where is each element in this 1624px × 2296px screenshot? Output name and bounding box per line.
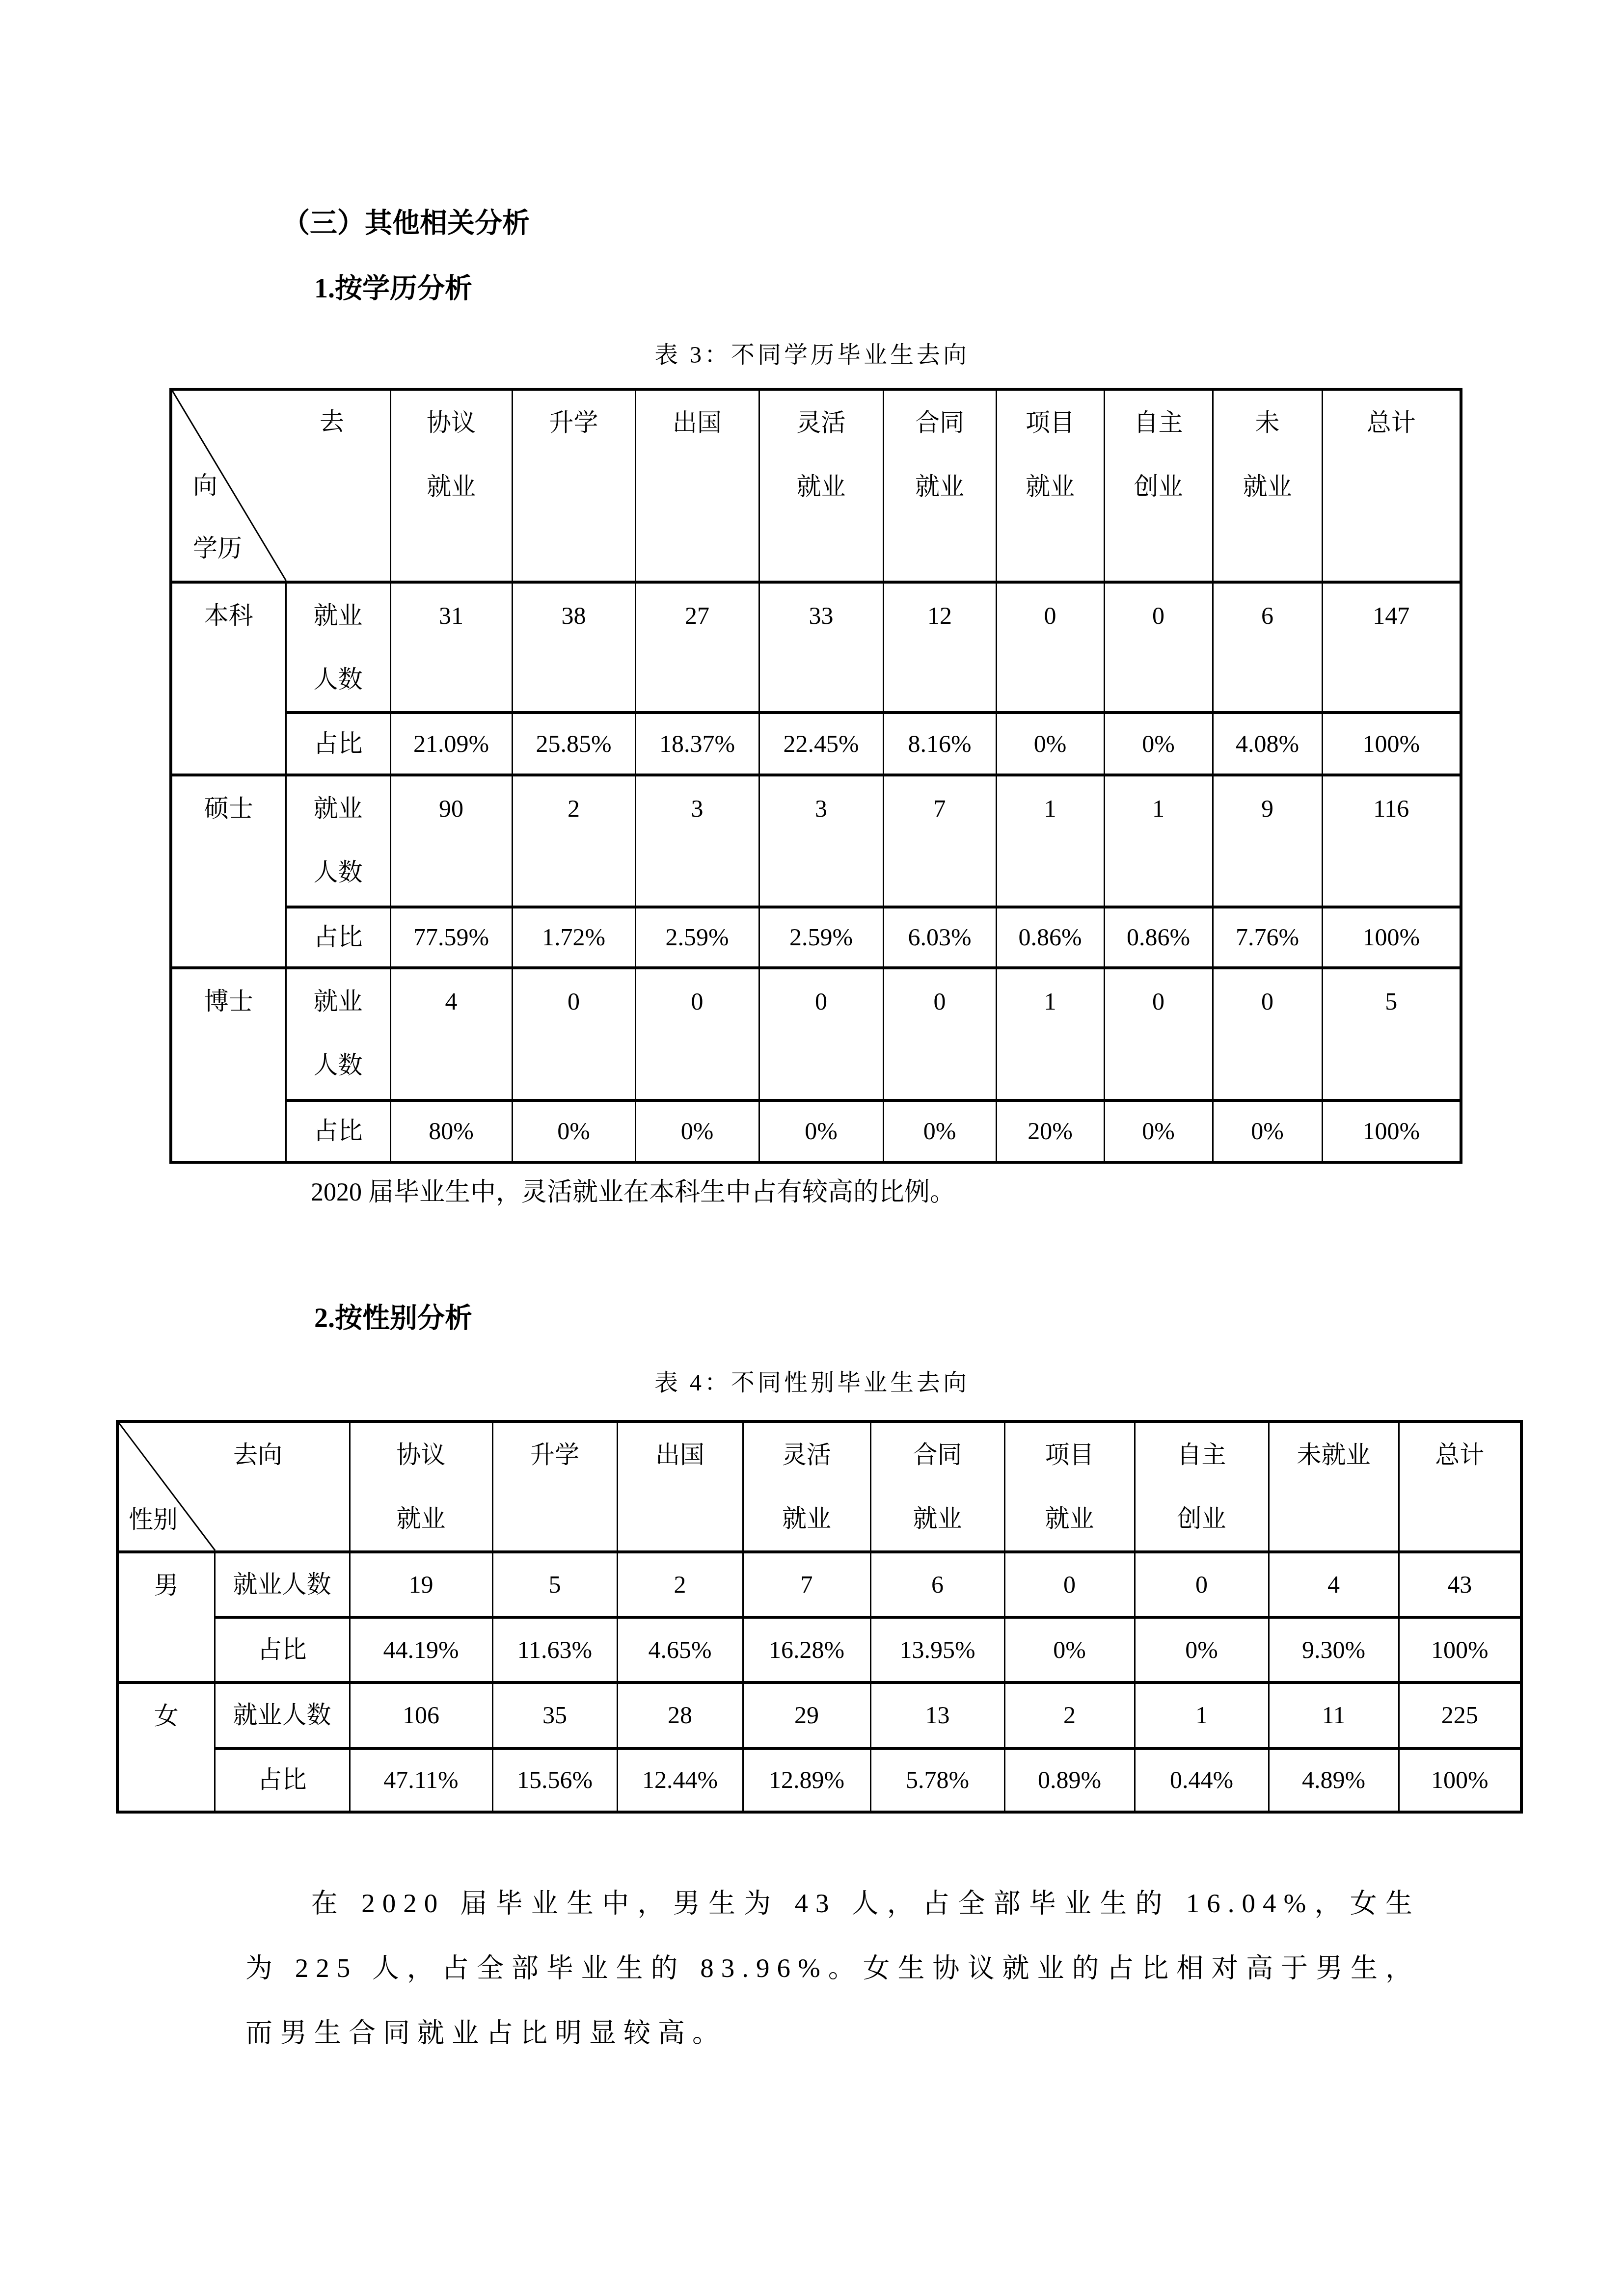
ratio-cell: 12.89%	[743, 1748, 870, 1812]
ratio-cell: 100%	[1399, 1617, 1521, 1682]
count-cell: 0	[883, 968, 996, 1100]
corner-col-axis-label: 去向	[233, 1442, 282, 1467]
ratio-cell: 100%	[1399, 1748, 1521, 1812]
count-cell: 90	[390, 775, 512, 907]
count-cell: 0	[1104, 968, 1213, 1100]
table-row: 占比 21.09% 25.85% 18.37% 22.45% 8.16% 0% …	[171, 713, 1461, 775]
row-label-male: 男	[117, 1552, 215, 1682]
column-header: 合同就业	[870, 1421, 1004, 1552]
count-cell: 1	[1104, 775, 1213, 907]
ratio-cell: 0%	[1213, 1100, 1322, 1162]
column-header: 灵活就业	[759, 389, 883, 582]
metric-label: 占比	[286, 713, 390, 775]
column-header-text: 协议	[391, 391, 512, 454]
column-header-text: 升学	[513, 391, 635, 454]
ratio-cell: 0%	[759, 1100, 883, 1162]
column-header-text: 项目	[1005, 1423, 1134, 1487]
count-cell: 29	[743, 1682, 870, 1748]
row-label-undergraduate: 本科	[171, 582, 286, 775]
column-header-text: 出国	[636, 391, 758, 454]
metric-label: 占比	[215, 1617, 350, 1682]
corner-col-axis-label: 向	[193, 473, 217, 498]
ratio-cell: 20%	[996, 1100, 1104, 1162]
column-header-text: 自主	[1105, 391, 1212, 454]
ratio-cell: 0.86%	[1104, 907, 1213, 968]
metric-label-text: 人数	[287, 840, 390, 904]
count-cell: 116	[1322, 775, 1461, 907]
count-cell: 4	[1269, 1552, 1399, 1617]
closing-paragraph: 在 2020 届毕业生中，男生为 43 人，占全部毕业生的 16.04%，女生为…	[245, 1871, 1420, 2065]
ratio-cell: 44.19%	[350, 1617, 492, 1682]
count-cell: 27	[635, 582, 759, 713]
table-row: 女 就业人数 106 35 28 29 13 2 1 11 225	[117, 1682, 1521, 1748]
ratio-cell: 100%	[1322, 713, 1461, 775]
ratio-cell: 15.56%	[492, 1748, 617, 1812]
table-degree-destination: 去 向 学历 协议就业 升学 出国 灵活就业 合同就业 项目就业 自主创业 未就…	[169, 388, 1462, 1164]
count-cell: 0	[1213, 968, 1322, 1100]
ratio-cell: 2.59%	[635, 907, 759, 968]
count-cell: 13	[870, 1682, 1004, 1748]
column-header-text: 就业	[884, 454, 996, 518]
count-cell: 0	[635, 968, 759, 1100]
ratio-cell: 77.59%	[390, 907, 512, 968]
ratio-cell: 11.63%	[492, 1617, 617, 1682]
column-header: 未就业	[1213, 389, 1322, 582]
ratio-cell: 0%	[512, 1100, 635, 1162]
table-row: 占比 44.19% 11.63% 4.65% 16.28% 13.95% 0% …	[117, 1617, 1521, 1682]
section-heading: （三）其他相关分析	[282, 209, 530, 239]
table-row: 本科 就业人数 31 38 27 33 12 0 0 6 147	[171, 582, 1461, 713]
metric-label: 占比	[286, 907, 390, 968]
table-row: 占比 80% 0% 0% 0% 0% 20% 0% 0% 100%	[171, 1100, 1461, 1162]
count-cell: 1	[996, 775, 1104, 907]
ratio-cell: 2.59%	[759, 907, 883, 968]
count-cell: 6	[1213, 582, 1322, 713]
count-cell: 38	[512, 582, 635, 713]
corner-row-axis-label: 学历	[193, 536, 242, 561]
count-cell: 2	[617, 1552, 743, 1617]
subsection-heading-by-gender: 2.按性别分析	[314, 1304, 472, 1334]
count-cell: 106	[350, 1682, 492, 1748]
corner-col-axis-label: 去	[320, 409, 344, 434]
column-header-text: 创业	[1136, 1487, 1268, 1550]
column-header-text: 灵活	[744, 1423, 870, 1487]
column-header: 出国	[635, 389, 759, 582]
column-header-text: 合同	[884, 391, 996, 454]
count-cell: 43	[1399, 1552, 1521, 1617]
count-cell: 11	[1269, 1682, 1399, 1748]
table3-note-paragraph: 2020 届毕业生中，灵活就业在本科生中占有较高的比例。	[311, 1176, 955, 1209]
column-header-text: 创业	[1105, 454, 1212, 518]
metric-label: 就业人数	[286, 775, 390, 907]
table-row: 男 就业人数 19 5 2 7 6 0 0 4 43	[117, 1552, 1521, 1617]
ratio-cell: 4.08%	[1213, 713, 1322, 775]
column-header-text: 就业	[871, 1487, 1004, 1550]
ratio-cell: 12.44%	[617, 1748, 743, 1812]
table-row: 占比 77.59% 1.72% 2.59% 2.59% 6.03% 0.86% …	[171, 907, 1461, 968]
count-cell: 7	[743, 1552, 870, 1617]
column-header-text: 合同	[871, 1423, 1004, 1487]
ratio-cell: 0.89%	[1004, 1748, 1135, 1812]
column-header-text: 就业	[391, 454, 512, 518]
ratio-cell: 1.72%	[512, 907, 635, 968]
ratio-cell: 0%	[1104, 1100, 1213, 1162]
ratio-cell: 7.76%	[1213, 907, 1322, 968]
ratio-cell: 6.03%	[883, 907, 996, 968]
row-label-master: 硕士	[171, 775, 286, 968]
column-header: 升学	[512, 389, 635, 582]
count-cell: 9	[1213, 775, 1322, 907]
metric-label-text: 就业	[287, 584, 390, 647]
column-header-text: 就业	[351, 1487, 492, 1550]
count-cell: 2	[512, 775, 635, 907]
ratio-cell: 80%	[390, 1100, 512, 1162]
column-header-text: 未	[1214, 391, 1322, 454]
table-gender-destination: 去向 性别 协议就业 升学 出国 灵活就业 合同就业 项目就业 自主创业 未就业…	[116, 1420, 1523, 1814]
table-header-row: 去 向 学历 协议就业 升学 出国 灵活就业 合同就业 项目就业 自主创业 未就…	[171, 389, 1461, 582]
column-header: 自主创业	[1135, 1421, 1269, 1552]
table-header-row: 去向 性别 协议就业 升学 出国 灵活就业 合同就业 项目就业 自主创业 未就业…	[117, 1421, 1521, 1552]
table-row: 占比 47.11% 15.56% 12.44% 12.89% 5.78% 0.8…	[117, 1748, 1521, 1812]
column-header-text: 升学	[493, 1423, 617, 1487]
count-cell: 0	[1135, 1552, 1269, 1617]
count-cell: 0	[759, 968, 883, 1100]
metric-label: 就业人数	[286, 968, 390, 1100]
column-header: 出国	[617, 1421, 743, 1552]
count-cell: 6	[870, 1552, 1004, 1617]
metric-label: 占比	[215, 1748, 350, 1812]
count-cell: 19	[350, 1552, 492, 1617]
column-header-text: 总计	[1323, 391, 1460, 454]
count-cell: 147	[1322, 582, 1461, 713]
column-header: 升学	[492, 1421, 617, 1552]
count-cell: 0	[1104, 582, 1213, 713]
column-header-text: 自主	[1136, 1423, 1268, 1487]
column-header-text: 就业	[997, 454, 1104, 518]
count-cell: 31	[390, 582, 512, 713]
metric-label: 就业人数	[286, 582, 390, 713]
column-header: 总计	[1322, 389, 1461, 582]
column-header: 灵活就业	[743, 1421, 870, 1552]
column-header-text: 协议	[351, 1423, 492, 1487]
ratio-cell: 8.16%	[883, 713, 996, 775]
count-cell: 1	[996, 968, 1104, 1100]
column-header: 总计	[1399, 1421, 1521, 1552]
metric-label-text: 人数	[287, 1033, 390, 1097]
column-header: 合同就业	[883, 389, 996, 582]
diagonal-corner-cell: 去向 性别	[117, 1421, 350, 1552]
count-cell: 5	[492, 1552, 617, 1617]
ratio-cell: 5.78%	[870, 1748, 1004, 1812]
table4-caption: 表 4：不同性别毕业生去向	[0, 1369, 1624, 1396]
metric-label: 占比	[286, 1100, 390, 1162]
column-header-text: 就业	[1005, 1487, 1134, 1550]
count-cell: 12	[883, 582, 996, 713]
count-cell: 35	[492, 1682, 617, 1748]
document-page: （三）其他相关分析 1.按学历分析 表 3：不同学历毕业生去向 去 向 学历 协…	[0, 0, 1624, 2296]
column-header: 未就业	[1269, 1421, 1399, 1552]
ratio-cell: 0%	[1004, 1617, 1135, 1682]
column-header: 项目就业	[996, 389, 1104, 582]
metric-label: 就业人数	[215, 1682, 350, 1748]
ratio-cell: 100%	[1322, 1100, 1461, 1162]
column-header-text: 未就业	[1270, 1423, 1398, 1487]
count-cell: 225	[1399, 1682, 1521, 1748]
ratio-cell: 0%	[883, 1100, 996, 1162]
row-label-doctor: 博士	[171, 968, 286, 1162]
ratio-cell: 100%	[1322, 907, 1461, 968]
metric-label-text: 人数	[287, 647, 390, 711]
column-header-text: 出国	[618, 1423, 742, 1487]
column-header-text: 就业	[760, 454, 883, 518]
count-cell: 0	[1004, 1552, 1135, 1617]
count-cell: 3	[635, 775, 759, 907]
corner-row-axis-label: 性别	[129, 1507, 178, 1532]
count-cell: 28	[617, 1682, 743, 1748]
ratio-cell: 16.28%	[743, 1617, 870, 1682]
ratio-cell: 0%	[1135, 1617, 1269, 1682]
count-cell: 1	[1135, 1682, 1269, 1748]
ratio-cell: 21.09%	[390, 713, 512, 775]
row-label-female: 女	[117, 1682, 215, 1812]
ratio-cell: 22.45%	[759, 713, 883, 775]
count-cell: 2	[1004, 1682, 1135, 1748]
diagonal-corner-cell: 去 向 学历	[171, 389, 390, 582]
column-header: 协议就业	[350, 1421, 492, 1552]
count-cell: 33	[759, 582, 883, 713]
count-cell: 7	[883, 775, 996, 907]
metric-label-text: 就业	[287, 969, 390, 1033]
column-header: 协议就业	[390, 389, 512, 582]
table3-caption: 表 3：不同学历毕业生去向	[0, 342, 1624, 369]
ratio-cell: 0.44%	[1135, 1748, 1269, 1812]
ratio-cell: 0%	[635, 1100, 759, 1162]
count-cell: 0	[512, 968, 635, 1100]
column-header-text: 灵活	[760, 391, 883, 454]
ratio-cell: 0%	[1104, 713, 1213, 775]
subsection-heading-by-degree: 1.按学历分析	[314, 274, 472, 304]
metric-label: 就业人数	[215, 1552, 350, 1617]
ratio-cell: 0.86%	[996, 907, 1104, 968]
ratio-cell: 18.37%	[635, 713, 759, 775]
metric-label-text: 就业	[287, 776, 390, 840]
ratio-cell: 0%	[996, 713, 1104, 775]
count-cell: 3	[759, 775, 883, 907]
count-cell: 5	[1322, 968, 1461, 1100]
ratio-cell: 9.30%	[1269, 1617, 1399, 1682]
column-header: 自主创业	[1104, 389, 1213, 582]
table-row: 博士 就业人数 4 0 0 0 0 1 0 0 5	[171, 968, 1461, 1100]
ratio-cell: 47.11%	[350, 1748, 492, 1812]
column-header-text: 总计	[1400, 1423, 1520, 1487]
ratio-cell: 25.85%	[512, 713, 635, 775]
column-header-text: 项目	[997, 391, 1104, 454]
ratio-cell: 13.95%	[870, 1617, 1004, 1682]
table-row: 硕士 就业人数 90 2 3 3 7 1 1 9 116	[171, 775, 1461, 907]
column-header: 项目就业	[1004, 1421, 1135, 1552]
column-header-text: 就业	[744, 1487, 870, 1550]
count-cell: 4	[390, 968, 512, 1100]
column-header-text: 就业	[1214, 454, 1322, 518]
ratio-cell: 4.89%	[1269, 1748, 1399, 1812]
ratio-cell: 4.65%	[617, 1617, 743, 1682]
count-cell: 0	[996, 582, 1104, 713]
